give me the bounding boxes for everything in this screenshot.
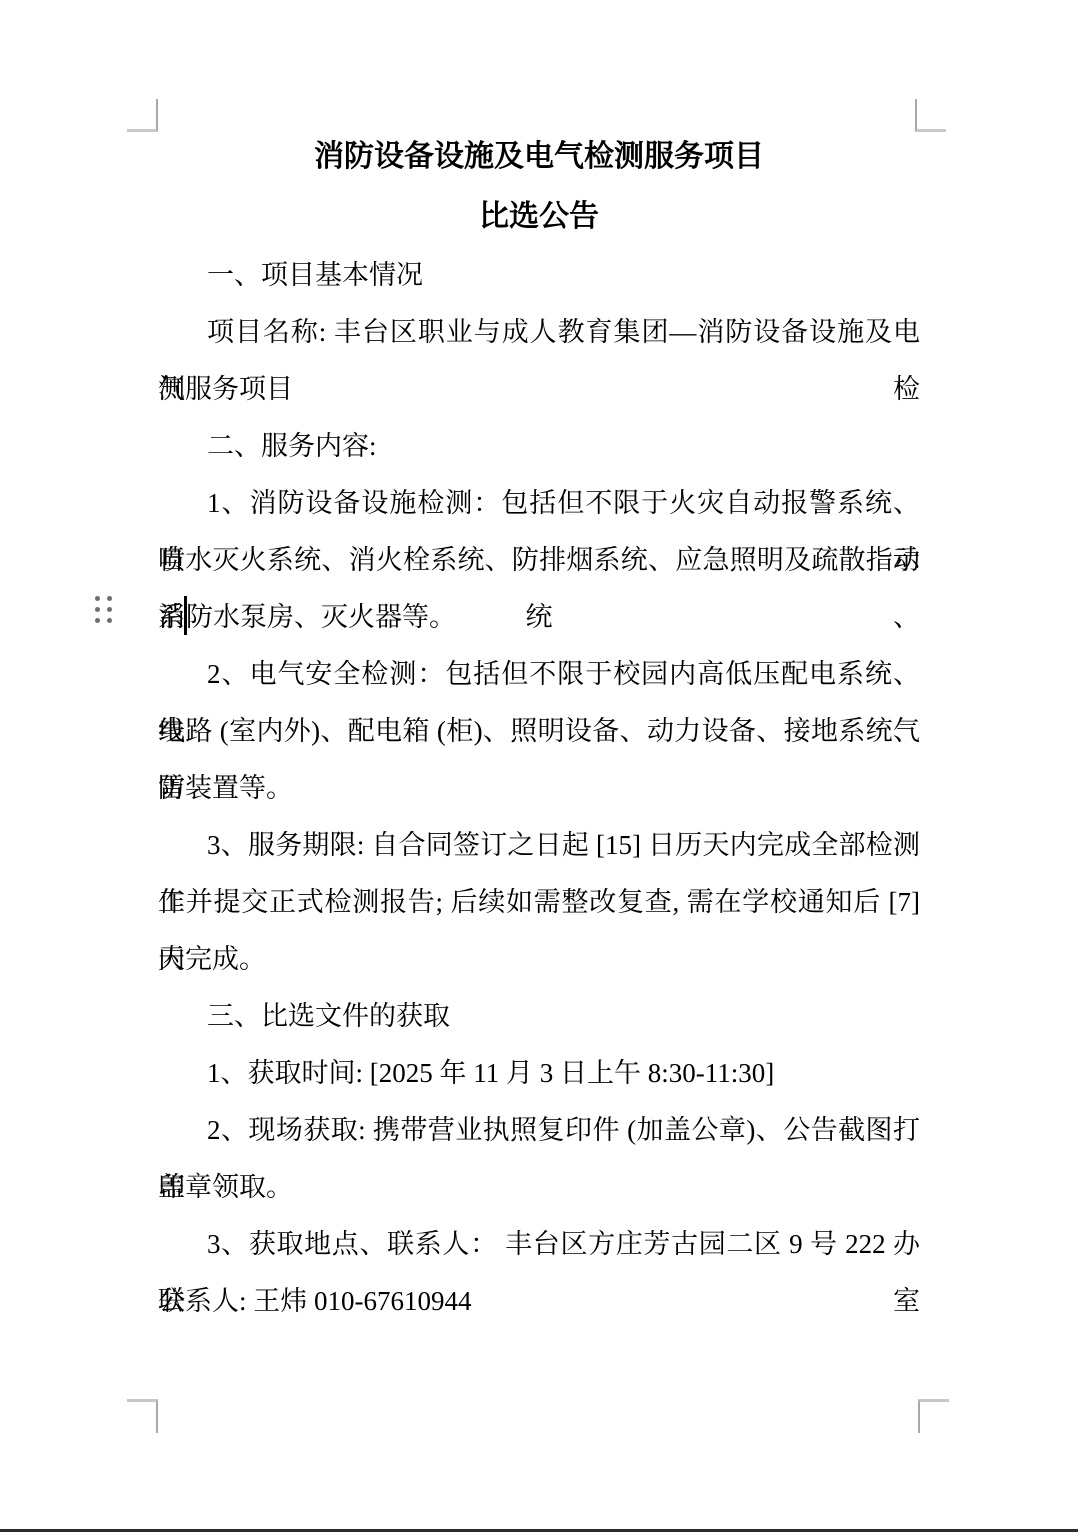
crop-mark-top-right	[915, 99, 946, 132]
doc-line[interactable]: 2、现场获取: 携带营业执照复印件 (加盖公章)、公告截图打印	[158, 1102, 920, 1159]
crop-mark-bottom-left	[127, 1399, 158, 1433]
doc-line-obtain-time[interactable]: 1、获取时间: [2025 年 11 月 3 日上午 8:30-11:30]	[158, 1045, 920, 1102]
text-before-caret: 消	[158, 602, 185, 632]
document-title[interactable]: 消防设备设施及电气检测服务项目	[158, 133, 920, 181]
drag-handle-dot	[107, 607, 112, 612]
doc-line[interactable]: 3、服务期限: 自合同签订之日起 [15] 日历天内完成全部检测工	[158, 817, 920, 874]
doc-line-project-name-1[interactable]: 项目名称: 丰台区职业与成人教育集团—消防设备设施及电气检	[158, 304, 920, 361]
crop-mark-bottom-right	[918, 1399, 949, 1433]
doc-line[interactable]: 喷水灭火系统、消火栓系统、防排烟系统、应急照明及疏散指示系统、	[158, 532, 920, 589]
drag-handle-dot	[95, 607, 100, 612]
doc-line-obtain-address[interactable]: 3、获取地点、联系人： 丰台区方庄芳古园二区 9 号 222 办公室	[158, 1216, 920, 1273]
drag-handle-dot	[95, 618, 100, 623]
drag-handle-dot	[107, 618, 112, 623]
doc-line-section1-heading[interactable]: 一、项目基本情况	[158, 247, 920, 304]
paragraph-drag-handle-icon[interactable]	[95, 596, 112, 623]
doc-line[interactable]: 内完成。	[158, 931, 920, 988]
bottom-window-edge	[0, 1529, 1078, 1532]
doc-line[interactable]: 1、消防设备设施检测：包括但不限于火灾自动报警系统、自动	[158, 475, 920, 532]
doc-line[interactable]: 线路 (室内外)、配电箱 (柜)、照明设备、动力设备、接地系统、防	[158, 703, 920, 760]
doc-line-section2-heading[interactable]: 二、服务内容:	[158, 418, 920, 475]
doc-line-section3-heading[interactable]: 三、比选文件的获取	[158, 988, 920, 1045]
text-after-caret: 防水泵房、灭火器等。	[186, 602, 456, 632]
document-page[interactable]: 消防设备设施及电气检测服务项目 比选公告 一、项目基本情况 项目名称: 丰台区职…	[0, 0, 1078, 1534]
doc-line[interactable]: 2、电气安全检测：包括但不限于校园内高低压配电系统、电气	[158, 646, 920, 703]
drag-handle-dot	[107, 596, 112, 601]
drag-handle-dot	[95, 596, 100, 601]
doc-line[interactable]: 盖章领取。	[158, 1159, 920, 1216]
doc-line[interactable]: 雷装置等。	[158, 760, 920, 817]
doc-line[interactable]: 作并提交正式检测报告; 后续如需整改复查, 需在学校通知后 [7] 天	[158, 874, 920, 931]
document-subtitle[interactable]: 比选公告	[158, 193, 920, 241]
crop-mark-top-left	[127, 99, 158, 132]
document-body[interactable]: 一、项目基本情况 项目名称: 丰台区职业与成人教育集团—消防设备设施及电气检 测…	[158, 247, 920, 1330]
